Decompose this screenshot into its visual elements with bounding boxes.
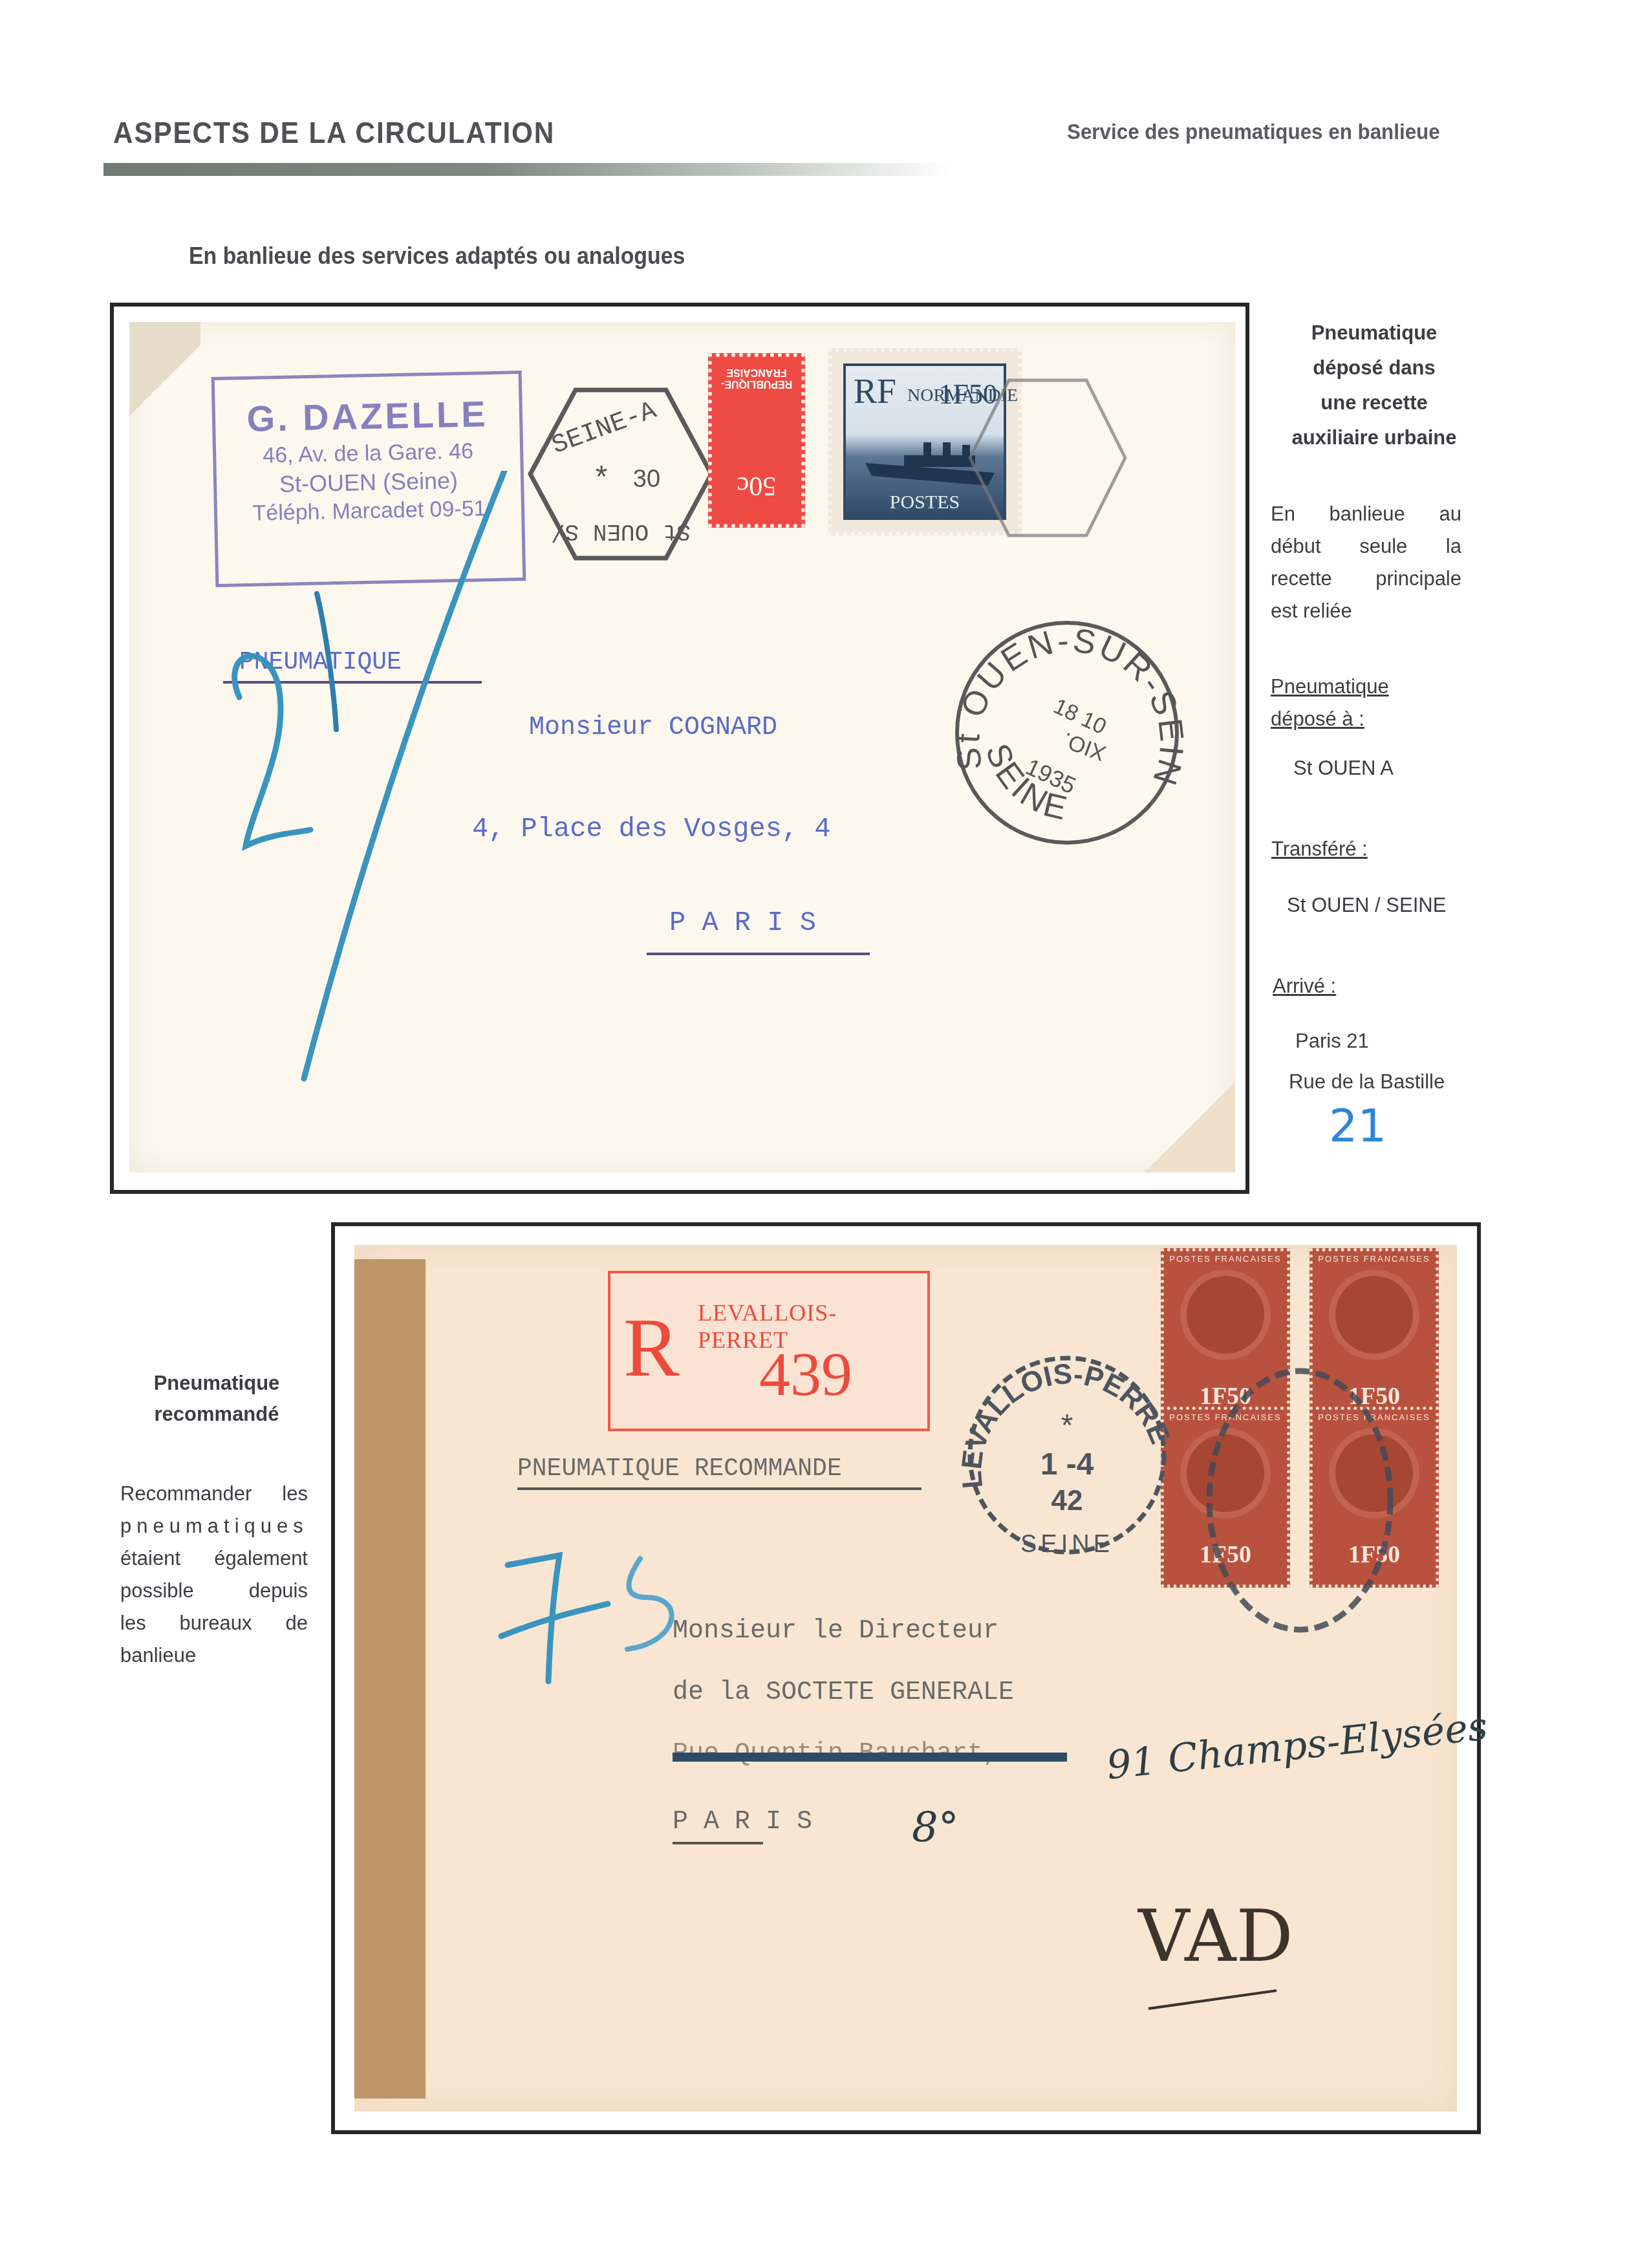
paragraph-line: recette principale: [1271, 563, 1461, 595]
cancel-year: 42: [1051, 1485, 1083, 1517]
address-line-3: P A R I S: [669, 907, 816, 938]
hexagonal-cancel-2: [964, 374, 1132, 542]
tax-value: 75: [498, 1539, 499, 1540]
stamp-value: 50c: [712, 470, 801, 501]
paragraph-line: Recommander les: [120, 1478, 308, 1510]
note-heading-line: une recette: [1277, 385, 1471, 420]
header-divider: [103, 163, 951, 176]
typed-underline: [517, 1487, 921, 1490]
note-2-paragraph: Recommander les pneumatiques étaient éga…: [120, 1478, 308, 1672]
round-cancel-levallois: LEVALLOIS-PERRET * 1 -4 42 SEINE: [957, 1345, 1177, 1565]
stamp-legend: POSTES FRANCAISES: [1164, 1254, 1287, 1264]
paragraph-line: est reliée: [1271, 595, 1461, 627]
paragraph-line: les bureaux de: [120, 1607, 308, 1639]
bureau-number: 21: [1329, 1099, 1386, 1152]
arrived-label: Arrivé :: [1273, 970, 1336, 1002]
handwritten-tax-21: 21: [207, 471, 530, 1092]
address-underline: [673, 1842, 763, 1844]
arrived-value-2: Rue de la Bastille: [1289, 1066, 1445, 1098]
address-line-4: P A R I S: [673, 1808, 812, 1837]
handwritten-vad: VAD: [1138, 1895, 1293, 1978]
typed-pneumatique-recommande: PNEUMATIQUE RECOMMANDE: [517, 1455, 842, 1483]
paragraph-line: En banlieue au: [1271, 498, 1461, 530]
hex-cancel-date: 30: [633, 466, 660, 493]
paragraph-line: possible depuis: [120, 1575, 308, 1607]
deposited-label: Pneumatique déposé à :: [1271, 671, 1389, 735]
registration-label: R LEVALLOIS-PERRET 439: [608, 1271, 930, 1431]
label-line: Pneumatique: [1271, 671, 1389, 703]
address-underline: [647, 953, 870, 955]
note-1-paragraph: En banlieue au début seule la recette pr…: [1271, 498, 1461, 627]
stamp-rf: RF: [854, 371, 896, 411]
round-cancel-levallois-2: [1196, 1345, 1410, 1669]
round-cancel-st-ouen: St OUEN-SUR-SEINE SEINE 18 10 XIO. 1935: [947, 613, 1187, 852]
paragraph-line: début seule la: [1271, 530, 1461, 563]
section-subtitle: En banlieue des services adaptés ou anal…: [189, 243, 685, 270]
stamp-50c-red: REPUBLIQUE-FRANCAISE 50c: [708, 353, 805, 528]
cover-1-envelope: G. DAZELLE 46, Av. de la Gare. 46 St-OUE…: [129, 322, 1235, 1172]
arrived-value-1: Paris 21: [1295, 1025, 1369, 1057]
note-heading-line: déposé dans: [1277, 351, 1471, 385]
handwritten-district: 8°: [912, 1804, 959, 1852]
note-heading-line: Pneumatique: [129, 1368, 304, 1399]
tax-value: 21: [207, 471, 208, 471]
cancel-star: *: [1061, 1409, 1073, 1443]
hex-cancel-bottom: St OUEN S/: [551, 518, 691, 545]
paragraph-line: banlieue: [120, 1639, 308, 1672]
address-line-2: de la SOCTETE GENERALE: [673, 1678, 1014, 1707]
cancel-date: 1 -4: [1040, 1447, 1094, 1482]
note-1-heading: Pneumatique déposé dans une recette auxi…: [1277, 316, 1471, 455]
note-heading-line: recommandé: [129, 1399, 304, 1430]
address-line-1: Monsieur COGNARD: [529, 713, 777, 742]
deposited-value: St OUEN A: [1293, 752, 1394, 784]
address-line-2: 4, Place des Vosges, 4: [472, 814, 831, 845]
transferred-value: St OUEN / SEINE: [1287, 889, 1446, 922]
note-heading-line: Pneumatique: [1277, 316, 1471, 351]
registration-number: 439: [759, 1338, 852, 1410]
address-line-1: Monsieur le Directeur: [673, 1617, 998, 1646]
paragraph-line: étaient également: [120, 1542, 308, 1575]
stamp-legend: REPUBLIQUE-FRANCAISE: [712, 366, 801, 389]
transferred-label: Transféré :: [1271, 833, 1368, 865]
sender-name: G. DAZELLE: [215, 392, 519, 440]
censor-tape: [354, 1259, 426, 2099]
cancel-ring-bottom: SEINE: [1020, 1531, 1114, 1558]
note-heading-line: auxiliaire urbaine: [1277, 420, 1471, 455]
label-line: déposé à :: [1271, 703, 1389, 735]
hex-cancel-star: *: [596, 460, 608, 494]
page-topic: Service des pneumatiques en banlieue: [1067, 120, 1440, 144]
note-2-heading: Pneumatique recommandé: [129, 1368, 304, 1430]
strikethrough-bar: [673, 1753, 1067, 1762]
hexagonal-cancel: SEINE-A * 30 St OUEN S/: [524, 383, 718, 565]
stamp-legend: POSTES FRANCAISES: [1313, 1254, 1436, 1264]
page-title: ASPECTS DE LA CIRCULATION: [113, 115, 555, 150]
registration-letter: R: [623, 1299, 680, 1396]
paragraph-line: pneumatiques: [120, 1510, 308, 1542]
sender-address: 46, Av. de la Gare. 46: [216, 438, 521, 470]
